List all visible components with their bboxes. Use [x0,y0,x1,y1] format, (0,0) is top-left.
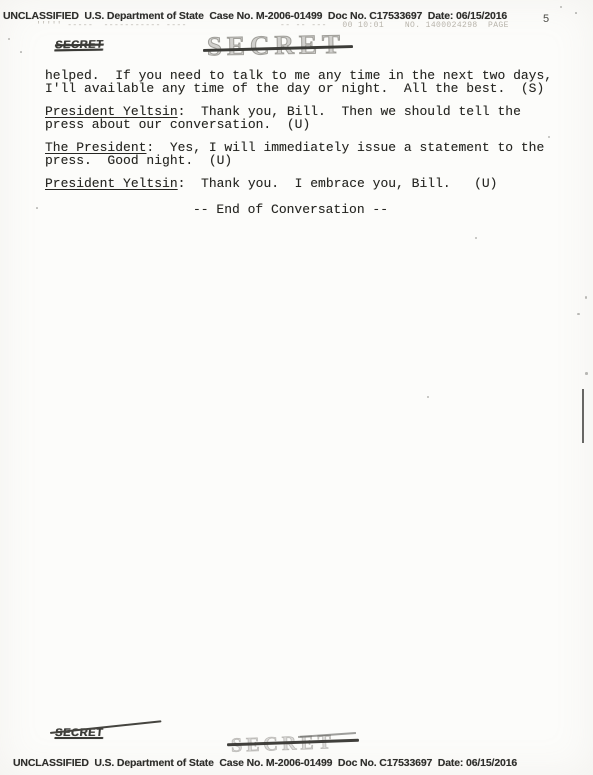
scan-speck [585,372,588,375]
scan-speck [560,6,562,8]
paragraph: President Yeltsin: Thank you, Bill. Then… [45,105,580,131]
scan-artifact-line [582,389,584,443]
page-number: 5 [543,13,549,25]
declassification-footer: UNCLASSIFIED U.S. Department of State Ca… [13,757,517,769]
transcript-body: helped. If you need to talk to me any ti… [45,69,580,216]
scanned-document-page: UNCLASSIFIED U.S. Department of State Ca… [0,0,593,775]
paragraph: President Yeltsin: Thank you. I embrace … [45,177,580,190]
scan-speck [548,136,550,138]
scan-speck [577,313,580,315]
paragraph-text: : Thank you. I embrace you, Bill. (U) [178,176,498,191]
scan-speck [585,296,587,299]
scan-speck [20,51,22,53]
scan-speck [8,38,10,40]
end-of-conversation-line: -- End of Conversation -- [45,203,580,216]
scan-speck [475,237,477,239]
scan-speck [36,207,38,209]
paragraph: helped. If you need to talk to me any ti… [45,69,580,95]
fax-header-fragment-left: ''''' ----- ----------- ---- [36,21,187,30]
secret-stamp-top-left-struck: SECRET [54,39,104,52]
speaker-name: President Yeltsin [45,176,178,191]
scan-speck [427,396,429,398]
scan-speck [575,12,577,14]
paragraph: The President: Yes, I will immediately i… [45,141,580,167]
